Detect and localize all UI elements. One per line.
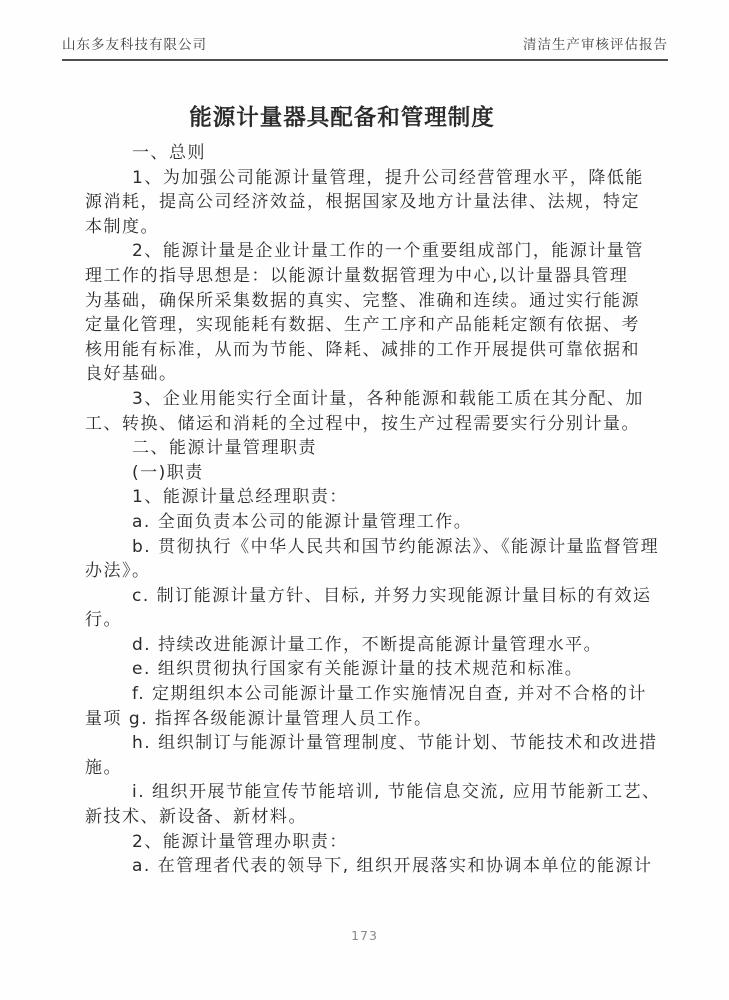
body-line: 新技术、新设备、新材料。: [85, 805, 665, 830]
body-line: a. 全面负责本公司的能源计量管理工作。: [85, 510, 665, 535]
body-line: 为基础，确保所采集数据的真实、完整、准确和连续。通过实行能源: [85, 289, 665, 314]
header-report-title: 清洁生产审核评估报告: [523, 33, 668, 53]
body-line: 3、企业用能实行全面计量，各种能源和载能工质在其分配、加: [85, 387, 665, 412]
body-line: f. 定期组织本公司能源计量工作实施情况自查, 并对不合格的计: [85, 682, 665, 707]
body-line: 核用能有标准，从而为节能、降耗、减排的工作开展提供可靠依据和: [85, 338, 665, 363]
body-line: 行。: [85, 608, 665, 633]
page-footer: 173: [0, 928, 729, 943]
document-page: 山东多友科技有限公司 清洁生产审核评估报告 能源计量器具配备和管理制度 一、总则…: [0, 0, 729, 1000]
body-line: e. 组织贯彻执行国家有关能源计量的技术规范和标准。: [85, 657, 665, 682]
body-line: 定量化管理，实现能耗有数据、生产工序和产品能耗定额有依据、考: [85, 313, 665, 338]
body-line: (一)职责: [85, 461, 665, 486]
body-line: 理工作的指导思想是：以能源计量数据管理为中心,以计量器具管理: [85, 264, 665, 289]
document-title: 能源计量器具配备和管理制度: [62, 100, 622, 132]
body-line: 2、能源计量管理办职责：: [85, 830, 665, 855]
body-line: d. 持续改进能源计量工作，不断提高能源计量管理水平。: [85, 633, 665, 658]
document-body: 一、总则1、为加强公司能源计量管理，提升公司经营管理水平，降低能源消耗，提高公司…: [85, 141, 665, 879]
body-line: 1、为加强公司能源计量管理，提升公司经营管理水平，降低能: [85, 166, 665, 191]
body-line: c. 制订能源计量方针、目标, 并努力实现能源计量目标的有效运: [85, 584, 665, 609]
page-number: 173: [351, 928, 378, 943]
body-line: 施。: [85, 756, 665, 781]
body-line: 二、能源计量管理职责: [85, 436, 665, 461]
body-line: 源消耗，提高公司经济效益，根据国家及地方计量法律、法规，特定: [85, 190, 665, 215]
body-line: 量项 g. 指挥各级能源计量管理人员工作。: [85, 707, 665, 732]
body-line: 良好基础。: [85, 362, 665, 387]
body-line: 本制度。: [85, 215, 665, 240]
body-line: a. 在管理者代表的领导下, 组织开展落实和协调本单位的能源计: [85, 854, 665, 879]
body-line: 工、转换、储运和消耗的全过程中，按生产过程需要实行分别计量。: [85, 412, 665, 437]
body-line: 1、能源计量总经理职责：: [85, 485, 665, 510]
body-line: i. 组织开展节能宣传节能培训, 节能信息交流, 应用节能新工艺、: [85, 780, 665, 805]
header-company-name: 山东多友科技有限公司: [62, 33, 207, 53]
body-line: b. 贯彻执行《中华人民共和国节约能源法》、《能源计量监督管理: [85, 535, 665, 560]
page-header: 山东多友科技有限公司 清洁生产审核评估报告: [62, 33, 668, 61]
body-line: 办法》。: [85, 559, 665, 584]
body-line: h. 组织制订与能源计量管理制度、节能计划、节能技术和改进措: [85, 731, 665, 756]
body-line: 2、能源计量是企业计量工作的一个重要组成部门，能源计量管: [85, 239, 665, 264]
body-line: 一、总则: [85, 141, 665, 166]
